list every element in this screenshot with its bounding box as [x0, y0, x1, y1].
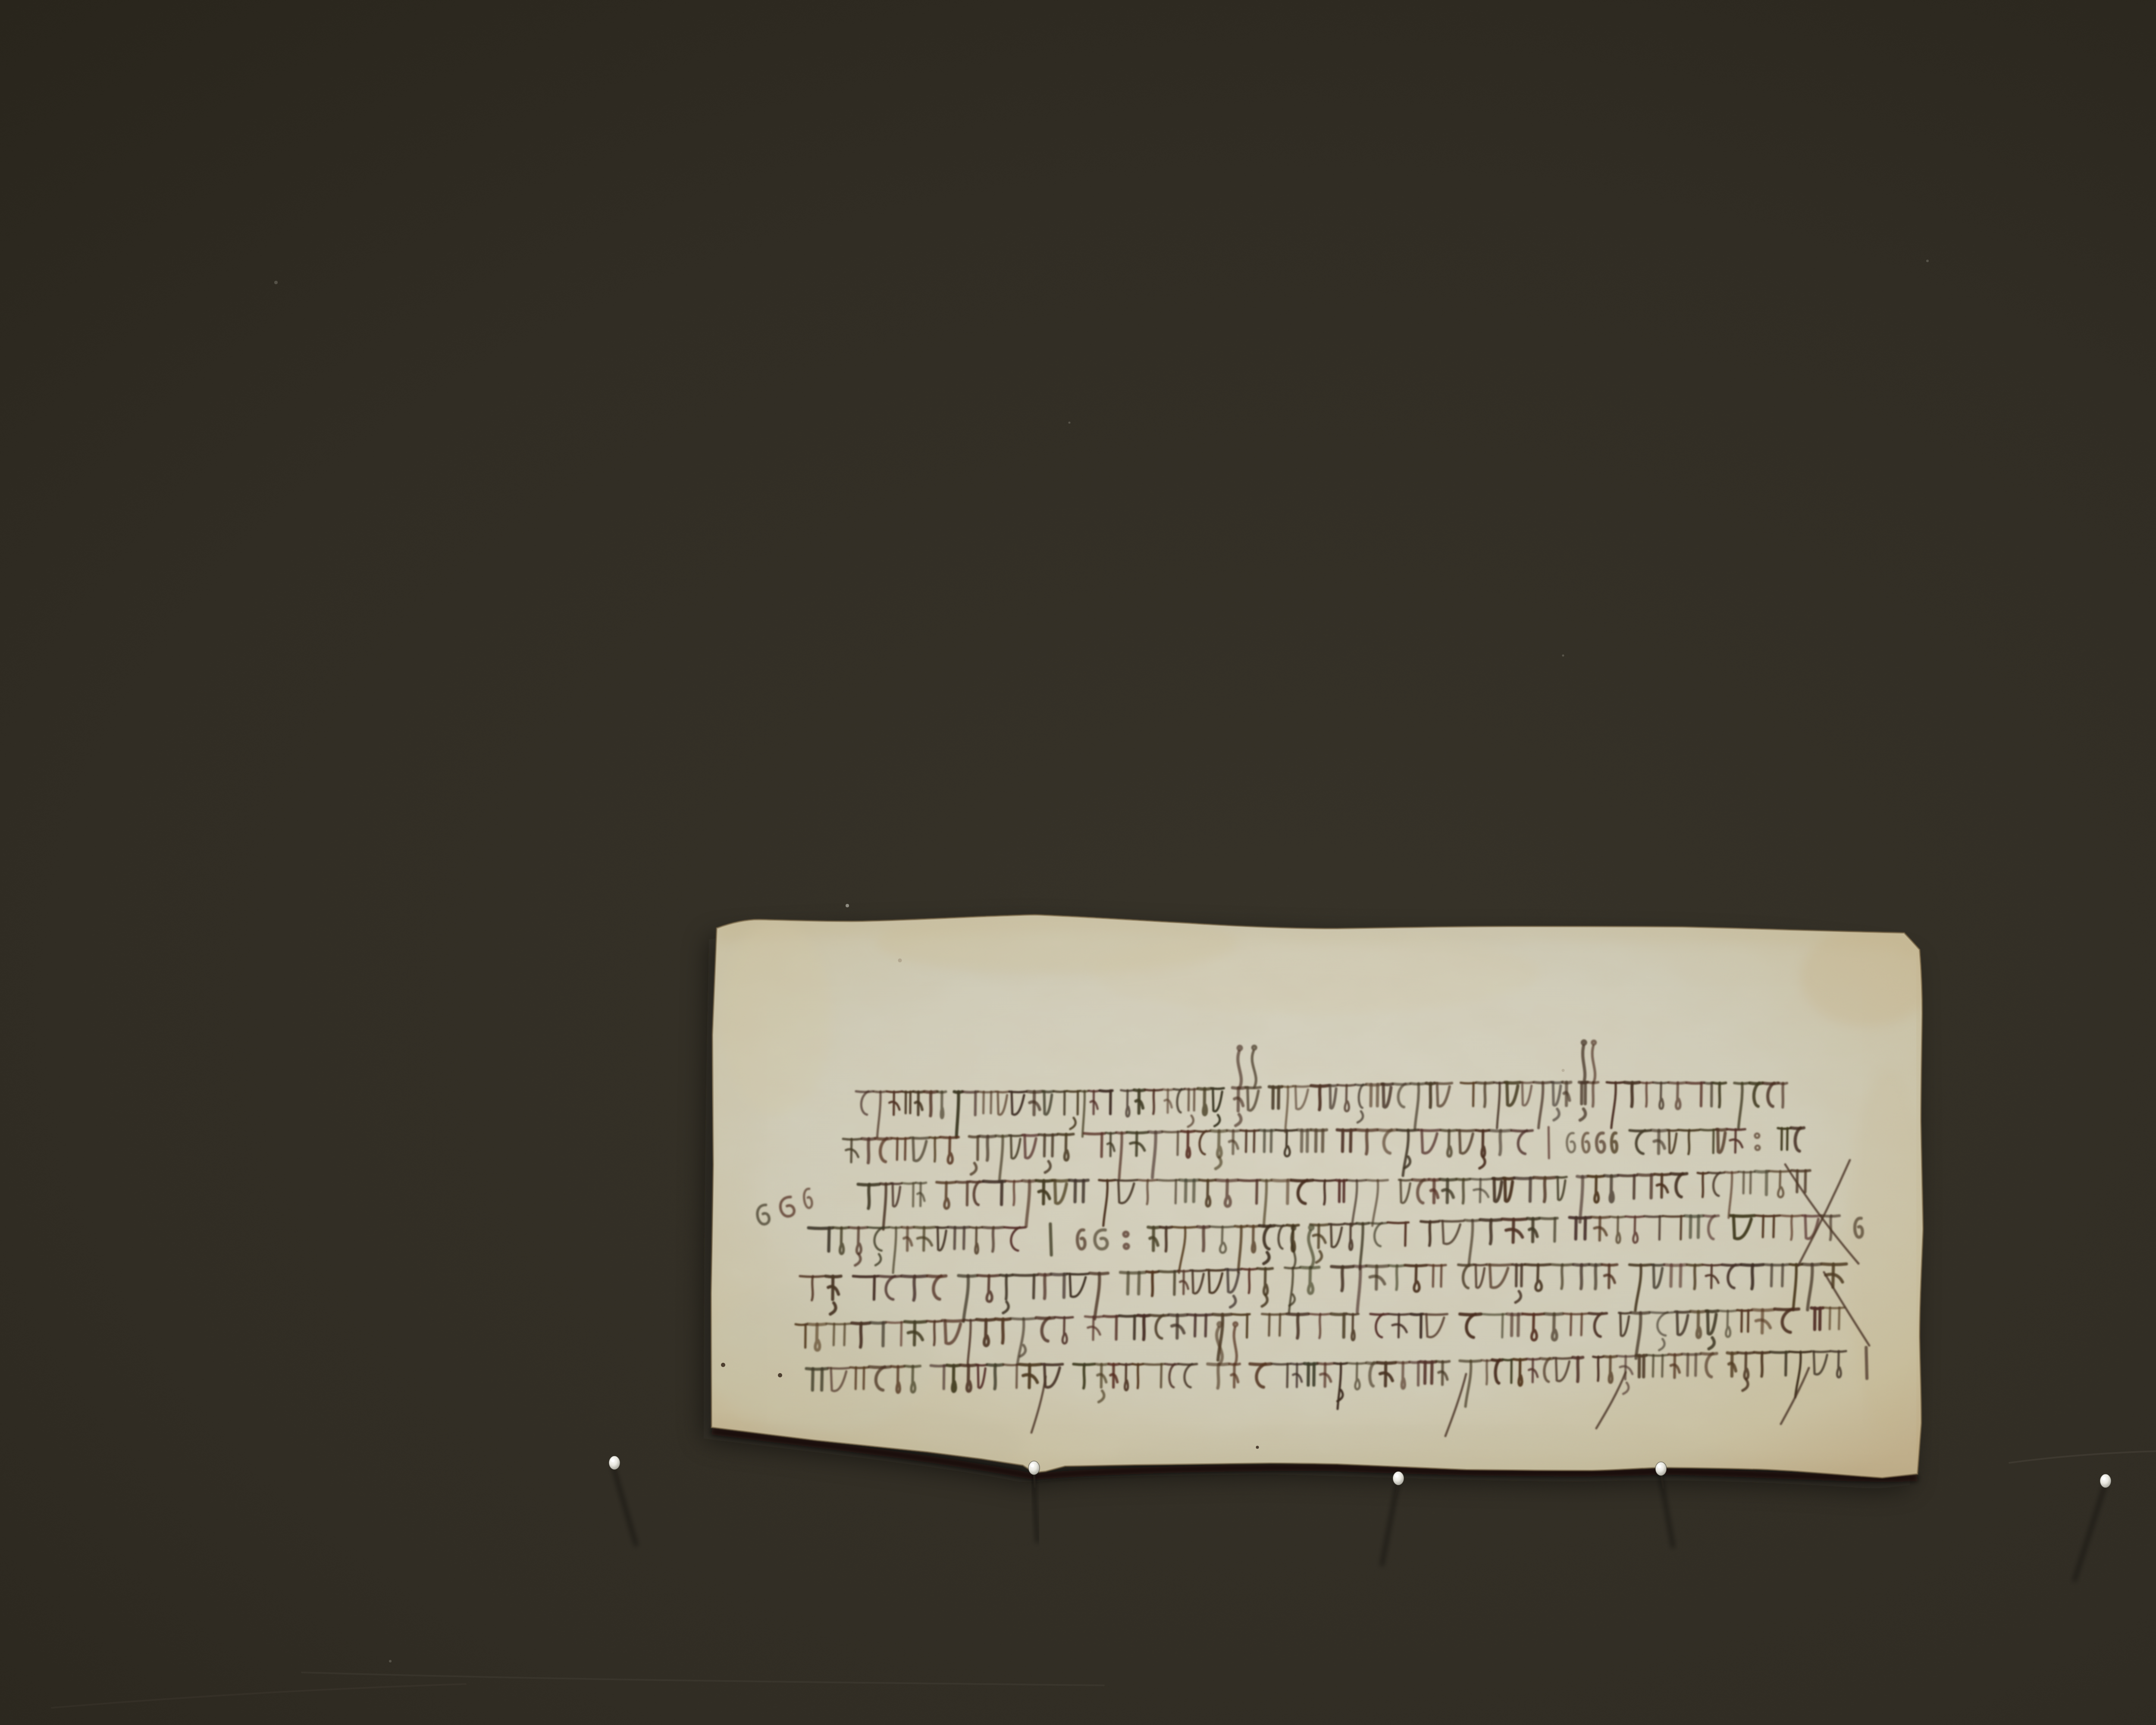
dust-speck [389, 1660, 392, 1662]
dust-speck [1069, 422, 1071, 424]
pin-head [1655, 1462, 1667, 1476]
pin-head [1028, 1461, 1040, 1475]
pin-head [2100, 1474, 2111, 1488]
dust-speck [1926, 260, 1929, 262]
dust-speck [846, 904, 849, 907]
dust-speck [274, 281, 278, 284]
pin-head [1393, 1471, 1404, 1485]
pin-highlight [2102, 1477, 2106, 1480]
photo-stage: দ্যমুকে বস্থালীমধ্যং দৃষ্ট্বা ওঁ তদ্বিষ্… [0, 0, 2156, 1725]
ink-dot [721, 1363, 725, 1367]
pin-highlight [1031, 1464, 1034, 1467]
ink-dot [778, 1373, 782, 1377]
pin-highlight [1395, 1474, 1398, 1477]
pin-head [609, 1456, 620, 1470]
manuscript-photo: দ্যমুকে বস্থালীমধ্যং দৃষ্ট্বা ওঁ তদ্বিষ্… [0, 0, 2156, 1725]
pin-highlight [611, 1458, 614, 1462]
ink-dot [1256, 1446, 1259, 1449]
dust-speck [1562, 655, 1564, 657]
pin-highlight [1658, 1465, 1661, 1468]
